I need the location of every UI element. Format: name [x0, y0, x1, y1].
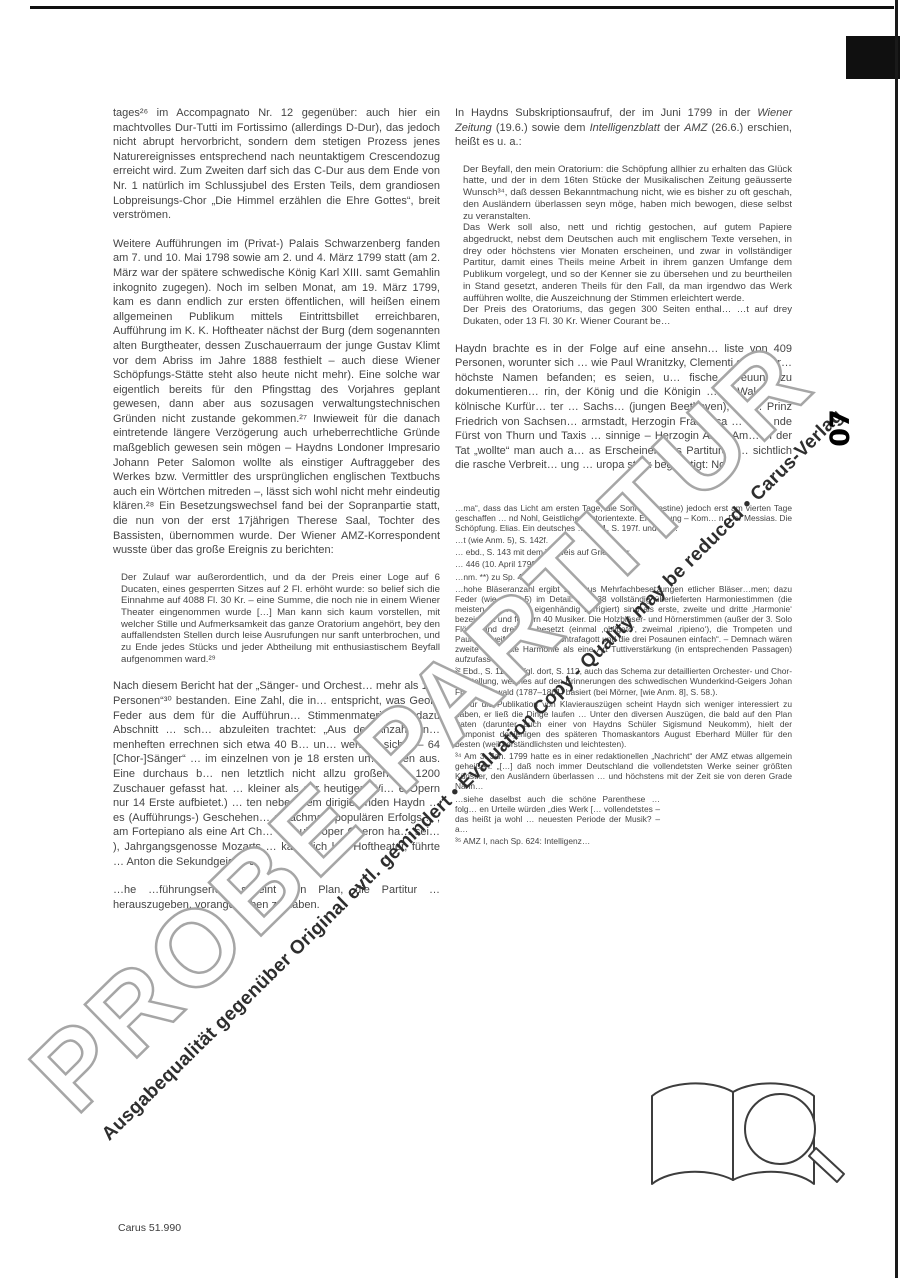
paragraph: Weitere Aufführungen im (Privat-) Palais… — [113, 237, 440, 558]
edition-number: Carus 51.990 — [118, 1222, 181, 1234]
subscription-quote: Der Beyfall, den mein Oratorium: die Sch… — [463, 164, 792, 328]
quote-paragraph: Das Werk soll also, nett und richtig ges… — [463, 222, 792, 304]
block-quote: Der Zulauf war außerordentlich, und da d… — [121, 572, 440, 666]
page-right-edge-line — [895, 0, 898, 1278]
quote-paragraph: Der Beyfall, den mein Oratorium: die Sch… — [463, 164, 792, 223]
scan-corner-black-block — [846, 36, 900, 79]
journal-title: Intelligenzblatt — [590, 122, 660, 134]
footnote: …siehe daselbst auch die schöne Parenthe… — [455, 794, 660, 834]
paragraph: In Haydns Subskriptionsaufruf, der im Ju… — [455, 106, 792, 150]
journal-title: AMZ — [684, 122, 707, 134]
page-top-edge-line — [30, 6, 894, 9]
footnote: ³⁵ AMZ I, nach Sp. 624: Intelligenz… — [455, 836, 660, 846]
scanned-document-page: tages²⁶ im Accompagnato Nr. 12 gegenüber… — [0, 0, 900, 1278]
paragraph: tages²⁶ im Accompagnato Nr. 12 gegenüber… — [113, 106, 440, 223]
book-magnifier-icon — [638, 1072, 848, 1207]
intro-text: In Haydns Subskriptionsaufruf, der im Ju… — [455, 107, 757, 119]
rotated-page-marker: 07 — [818, 406, 862, 450]
